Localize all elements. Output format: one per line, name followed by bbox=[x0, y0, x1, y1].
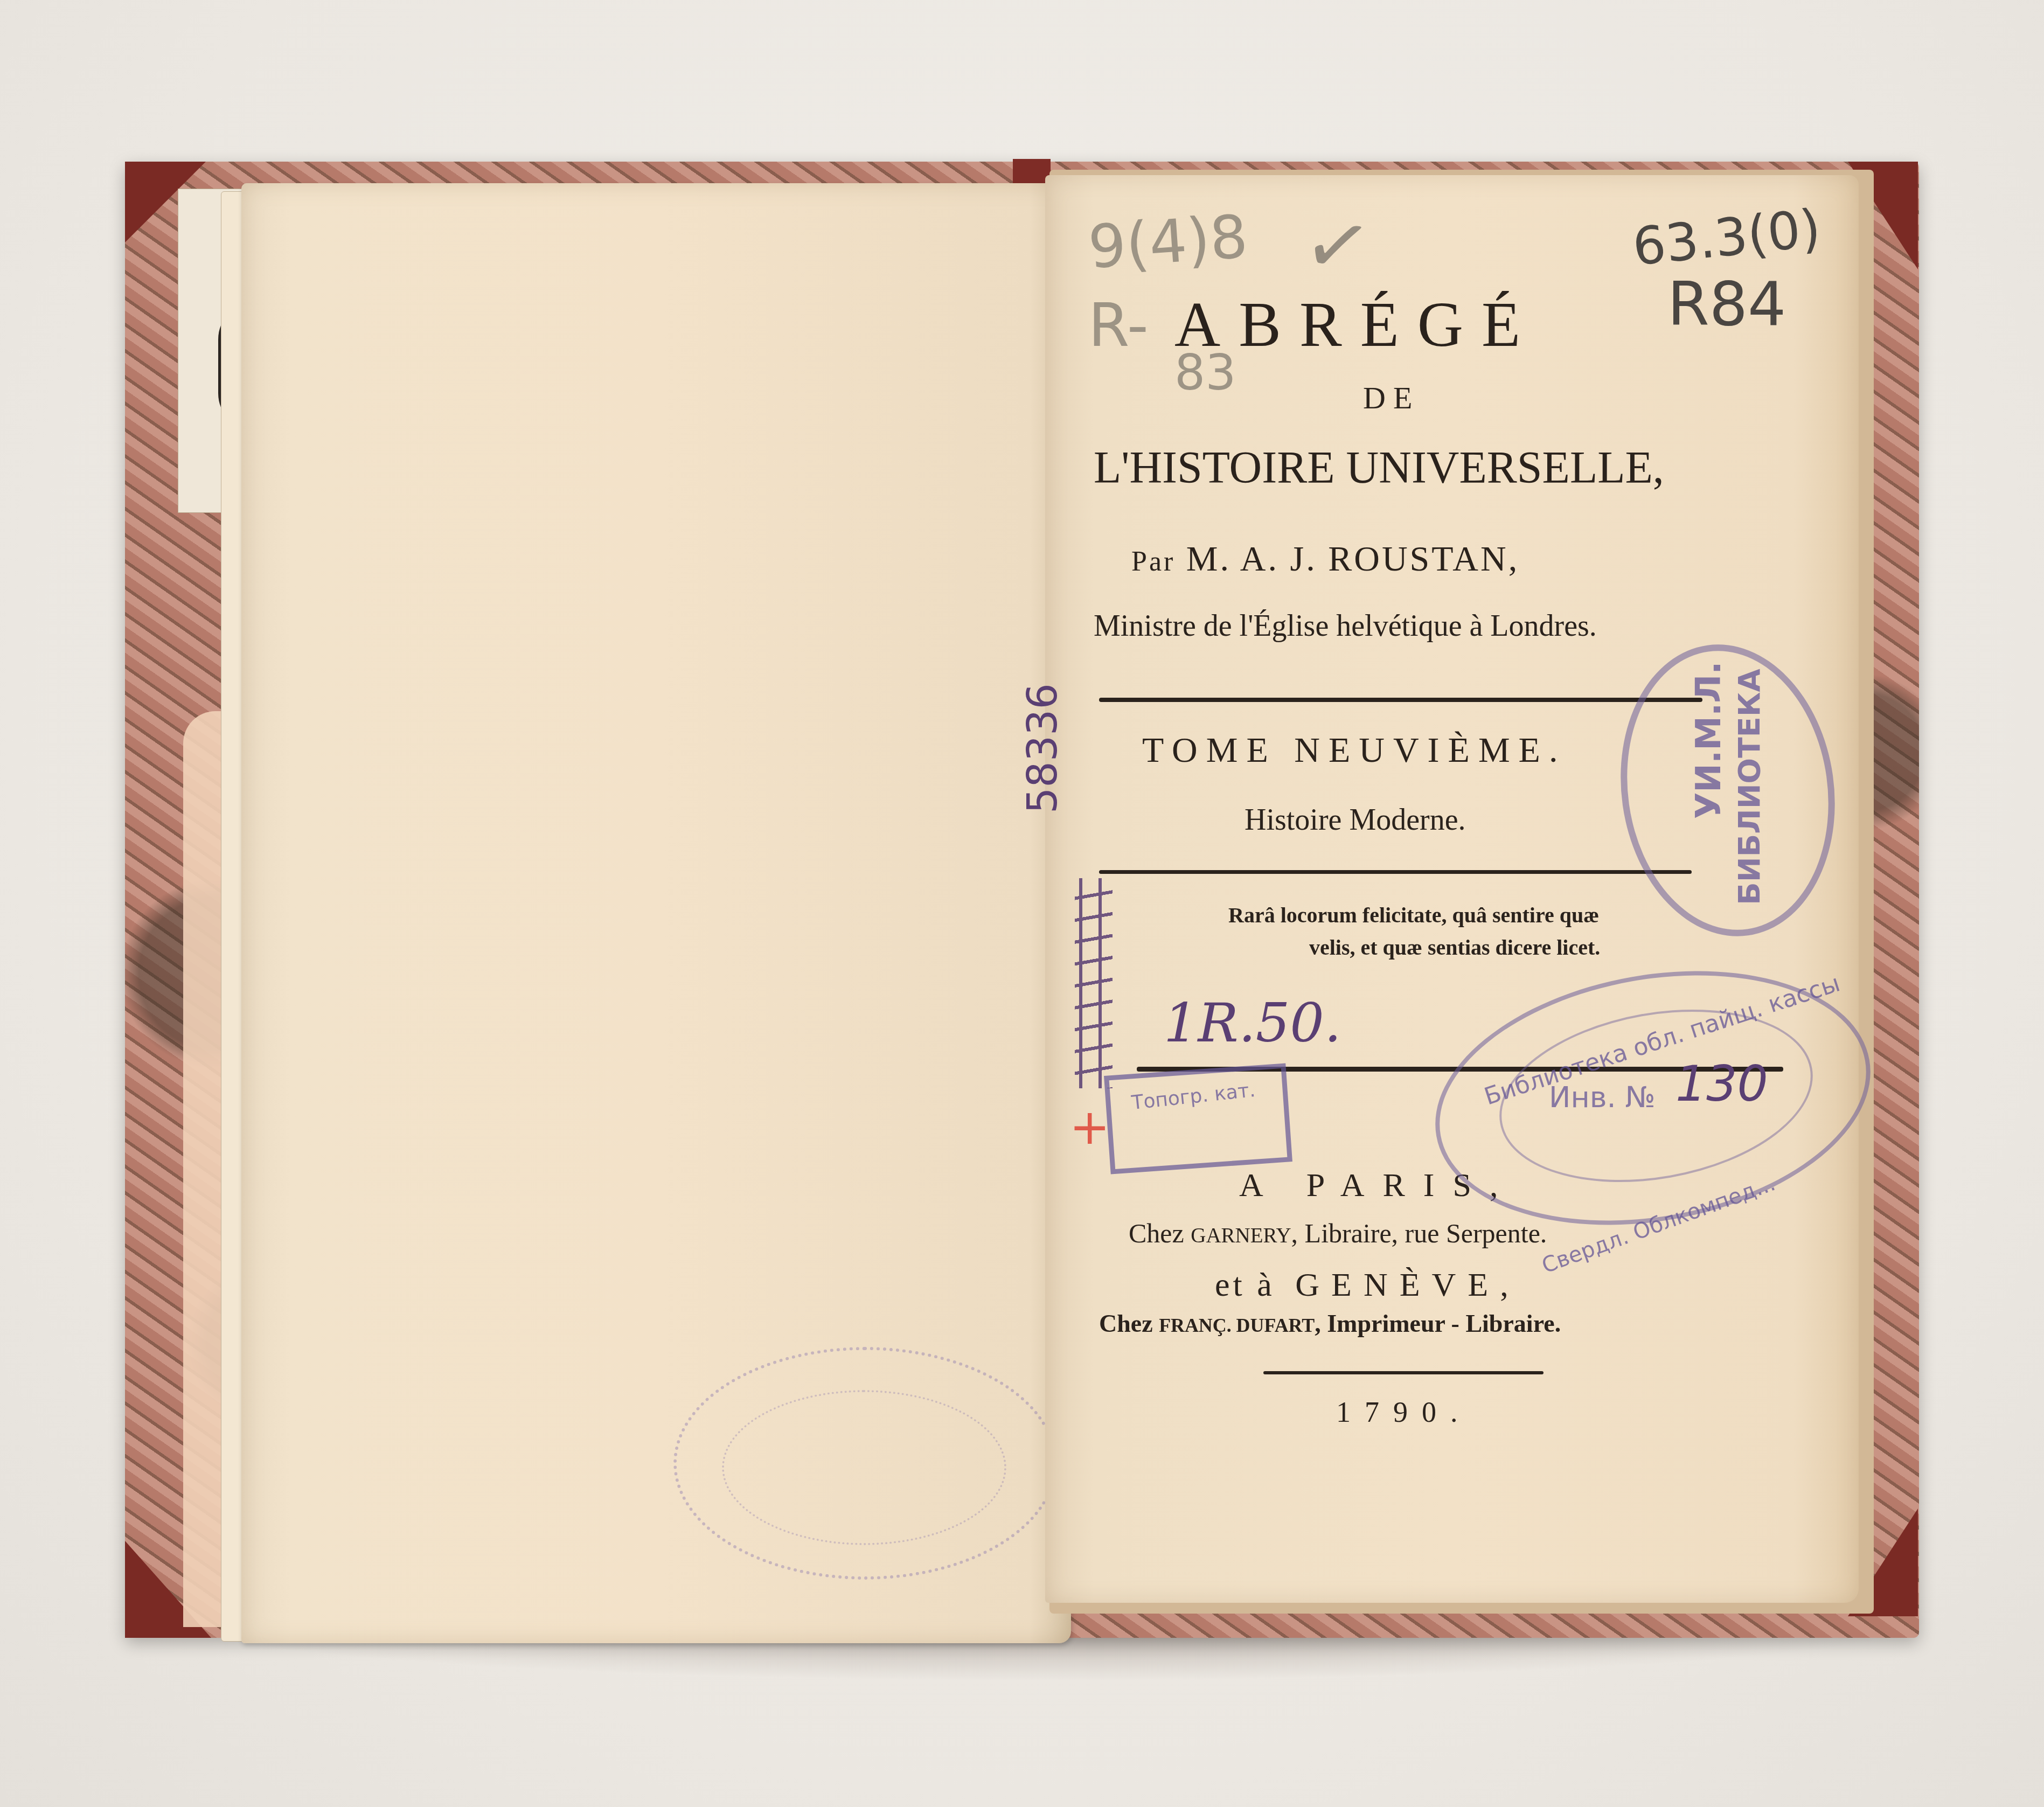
volume-subtitle: Histoire Moderne. bbox=[1245, 803, 1466, 837]
publication-year: 1790. bbox=[1336, 1395, 1472, 1429]
stamp-inventory-value: 130 bbox=[1675, 1056, 1768, 1113]
divider-rule bbox=[1263, 1371, 1544, 1374]
stamp-text: Инв. № bbox=[1549, 1080, 1656, 1114]
epigraph-line: velis, et quæ sentias dicere licet. bbox=[1309, 935, 1600, 960]
author-role: Ministre de l'Église helvétique à Londre… bbox=[1094, 609, 1597, 643]
faded-library-stamp-inner bbox=[722, 1390, 1006, 1545]
book-subject: L'HISTOIRE UNIVERSELLE, bbox=[1094, 442, 1664, 494]
faint-pencil-shelfmark: R- bbox=[1088, 291, 1149, 360]
publisher-name: Franç. Dufart bbox=[1159, 1315, 1315, 1336]
volume-label: TOME NEUVIÈME. bbox=[1142, 730, 1566, 771]
book-title: ABRÉGÉ bbox=[1174, 288, 1539, 362]
call-number: R84 bbox=[1667, 269, 1786, 339]
title-connector: DE bbox=[1363, 380, 1420, 416]
publisher-address: , Libraire, rue Serpente. bbox=[1291, 1218, 1547, 1248]
stamp-text: УИ.М.Л. bbox=[1689, 661, 1729, 819]
red-cross-mark: + bbox=[1069, 1099, 1110, 1156]
stamp-text: БИБЛИОТЕКА bbox=[1732, 669, 1767, 905]
author-line: Par M. A. J. ROUSTAN, bbox=[1131, 539, 1519, 580]
divider-rule bbox=[1099, 870, 1692, 874]
city-prefix: et à bbox=[1215, 1267, 1275, 1303]
imprint-city: et à GENÈVE, bbox=[1215, 1266, 1520, 1304]
city-name: GENÈVE, bbox=[1295, 1267, 1520, 1303]
faint-pencil-shelfmark: 9(4)8 bbox=[1086, 202, 1250, 282]
imprint-publisher: Chez Franç. Dufart, Imprimeur - Libraire… bbox=[1099, 1309, 1561, 1338]
author-prefix: Par bbox=[1131, 546, 1175, 577]
divider-rule bbox=[1099, 698, 1702, 702]
hatched-cancel-mark bbox=[1075, 878, 1113, 1088]
handwritten-price: 1R.50. bbox=[1164, 991, 1341, 1054]
publisher-trade: , Imprimeur - Libraire. bbox=[1315, 1310, 1561, 1337]
topographic-catalog-stamp bbox=[1104, 1063, 1292, 1174]
author-name: M. A. J. ROUSTAN, bbox=[1186, 539, 1519, 579]
epigraph-line: Rarâ locorum felicitate, quâ sentire quæ bbox=[1228, 902, 1599, 928]
publisher-prefix: Chez bbox=[1129, 1218, 1184, 1248]
publisher-name: Garnery bbox=[1191, 1224, 1291, 1247]
imprint-publisher: Chez Garnery, Libraire, rue Serpente. bbox=[1129, 1218, 1547, 1249]
publisher-prefix: Chez bbox=[1099, 1310, 1153, 1337]
inventory-number: 58336 bbox=[1018, 683, 1066, 814]
